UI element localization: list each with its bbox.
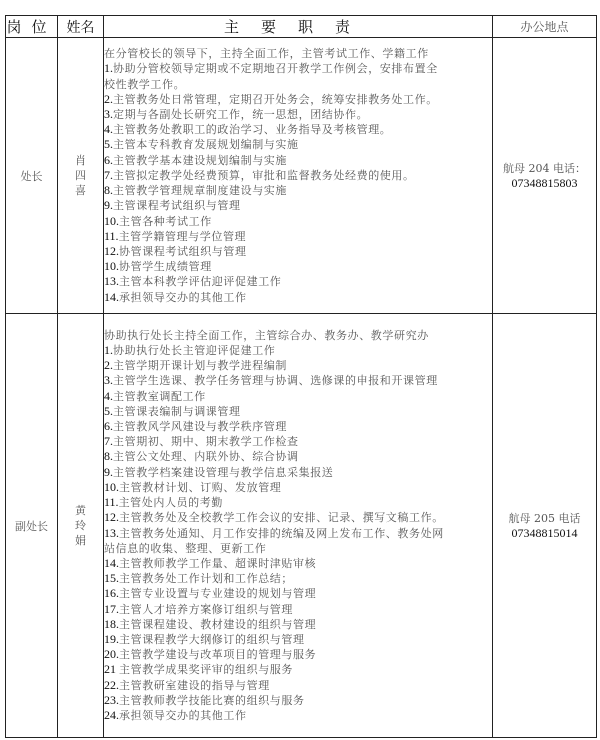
duty-text: 主管学期开课计划与教学进程编制	[113, 359, 287, 372]
duty-number: 22.	[104, 678, 119, 692]
name-cell: 黄 玲 娟	[58, 314, 104, 738]
duty-number: 5.	[104, 137, 113, 151]
duty-number: 13.	[104, 526, 119, 540]
duty-text: 主管教务处工作计划和工作总结；	[119, 572, 293, 585]
duty-number: 6.	[104, 419, 113, 433]
name-char: 肖	[58, 153, 103, 168]
duty-line: 22.主管教研室建设的指导与管理	[104, 678, 492, 693]
header-office: 办公地点	[493, 16, 597, 38]
name-cell: 肖 四 喜	[58, 38, 104, 314]
duty-line: 17.主管人才培养方案修订组织与管理	[104, 602, 492, 617]
duty-number: 2.	[104, 92, 113, 106]
duty-text: 主管期初、期中、期末教学工作检查	[113, 435, 299, 448]
header-row: 岗位 姓名 主要职责 办公地点	[6, 16, 597, 38]
duty-number: 9.	[104, 198, 113, 212]
duty-text: 协管课程考试组织与管理	[119, 245, 247, 258]
duty-number: 7.	[104, 168, 113, 182]
duty-line: 20.主管教学建设与改革项目的管理与服务	[104, 647, 492, 662]
name-char: 娟	[58, 533, 103, 548]
duty-number: 23.	[104, 693, 119, 707]
duty-line: 18.主管课程建设、教材建设的组织与管理	[104, 617, 492, 632]
duty-number: 10.	[104, 480, 119, 494]
duty-line: 19.主管课程教学大纲修订的组织与管理	[104, 632, 492, 647]
duty-text: 主管教学管理规章制度建设与实施	[113, 184, 287, 197]
duty-number: 1.	[104, 61, 113, 75]
duty-number: 2.	[104, 358, 113, 372]
duty-line: 10.主管教材计划、订购、发放管理	[104, 480, 492, 495]
duty-text: 主管学籍管理与学位管理	[119, 230, 247, 243]
name-char: 玲	[58, 518, 103, 533]
header-duties: 主要职责	[104, 16, 493, 38]
header-name: 姓名	[58, 16, 104, 38]
duty-line: 1.协助分管校领导定期或不定期地召开教学工作例会，安排布置全	[104, 61, 492, 76]
duty-text: 主管课程考试组织与管理	[113, 199, 241, 212]
duty-line: 6.主管教学基本建设规划编制与实施	[104, 153, 492, 168]
header-position: 岗位	[6, 16, 58, 38]
duty-text: 主管课程教学大纲修订的组织与管理	[119, 633, 305, 646]
name-char: 黄	[58, 503, 103, 518]
duty-line: 13.主管教务处通知、月工作安排的统编及网上发布工作、教务处网	[104, 526, 492, 541]
duty-number: 20.	[104, 647, 119, 661]
duty-line: 12.协管课程考试组织与管理	[104, 244, 492, 259]
duty-line: 4.主管教室调配工作	[104, 389, 492, 404]
office-phone: 07348815014	[493, 526, 596, 541]
duty-number: 4.	[104, 389, 113, 403]
duty-line: 10.主管各种考试工作	[104, 214, 492, 229]
table-row: 副处长 黄 玲 娟 协助执行处长主持全面工作，主管综合办、教务办、教学研究办1.…	[6, 314, 597, 738]
duty-text: 承担领导交办的其他工作	[119, 709, 247, 722]
duty-number: 5.	[104, 404, 113, 418]
duty-line: 3.主管学生选课、教学任务管理与协调、选修课的申报和开课管理	[104, 373, 492, 388]
duty-text: 主管学生选课、教学任务管理与协调、选修课的申报和开课管理	[113, 374, 438, 387]
duty-line: 21 主管教学成果奖评审的组织与服务	[104, 662, 492, 677]
duty-line: 校性教学工作。	[104, 77, 492, 92]
duty-line: 14.承担领导交办的其他工作	[104, 290, 492, 305]
duty-number: 19.	[104, 632, 119, 646]
duty-text: 主管各种考试工作	[119, 215, 212, 228]
duty-number: 3.	[104, 107, 113, 121]
duty-text: 主管处内人员的考勤	[119, 496, 223, 509]
position-cell: 副处长	[6, 314, 58, 738]
duty-line: 协助执行处长主持全面工作，主管综合办、教务办、教学研究办	[104, 328, 492, 343]
duty-line: 4.主管教务处教职工的政治学习、业务指导及考核管理。	[104, 122, 492, 137]
name-char: 四	[58, 168, 103, 183]
duty-text: 主管课表编制与调课管理	[113, 405, 241, 418]
duty-text: 主管教务处教职工的政治学习、业务指导及考核管理。	[113, 123, 391, 136]
duty-text: 协管学生成绩管理	[119, 260, 212, 273]
table-row: 处长 肖 四 喜 在分管校长的领导下，主持全面工作，主管考试工作、学籍工作1.协…	[6, 38, 597, 314]
duty-number: 9.	[104, 465, 113, 479]
duty-number: 12.	[104, 510, 119, 524]
duty-line: 在分管校长的领导下，主持全面工作，主管考试工作、学籍工作	[104, 46, 492, 61]
duty-number: 4.	[104, 122, 113, 136]
duty-text: 主管本科教学评估迎评促建工作	[119, 275, 281, 288]
duty-line: 1.协助执行处长主管迎评促建工作	[104, 343, 492, 358]
duty-number: 21	[104, 662, 119, 676]
duty-line: 7.主管拟定教学处经费预算，审批和监督教务处经费的使用。	[104, 168, 492, 183]
office-cell: 航母 204 电话： 07348815803	[493, 38, 597, 314]
duty-text: 主管教学建设与改革项目的管理与服务	[119, 648, 316, 661]
duty-line: 6.主管教风学风建设与教学秩序管理	[104, 419, 492, 434]
duty-text: 主管教风学风建设与教学秩序管理	[113, 420, 287, 433]
duty-number: 24.	[104, 708, 119, 722]
duty-number: 8.	[104, 449, 113, 463]
duty-line: 24.承担领导交办的其他工作	[104, 708, 492, 723]
duty-number: 18.	[104, 617, 119, 631]
duty-line: 9.主管教学档案建设管理与教学信息采集报送	[104, 465, 492, 480]
duty-line: 11.主管学籍管理与学位管理	[104, 229, 492, 244]
duty-text: 主管教学成果奖评审的组织与服务	[119, 663, 293, 676]
duty-number: 10.	[104, 214, 119, 228]
duty-text: 主管拟定教学处经费预算，审批和监督教务处经费的使用。	[113, 169, 415, 182]
duty-number: 7.	[104, 434, 113, 448]
duty-text: 主管本专科教育发展规划编制与实施	[113, 138, 299, 151]
duty-number: 10.	[104, 259, 119, 273]
duty-text: 主管教务处通知、月工作安排的统编及网上发布工作、教务处网	[119, 527, 444, 540]
duty-number: 11.	[104, 229, 119, 243]
duty-number: 14.	[104, 290, 119, 304]
duty-number: 1.	[104, 343, 113, 357]
duty-text: 站信息的收集、整理、更新工作	[104, 542, 266, 555]
duty-line: 8.主管教学管理规章制度建设与实施	[104, 183, 492, 198]
office-location: 航母 205 电话	[509, 512, 581, 525]
duty-line: 3.定期与各副处长研究工作，统一思想，团结协作。	[104, 107, 492, 122]
duty-line: 10.协管学生成绩管理	[104, 259, 492, 274]
duty-line: 23.主管教师教学技能比赛的组织与服务	[104, 693, 492, 708]
duty-line: 5.主管课表编制与调课管理	[104, 404, 492, 419]
duty-number: 6.	[104, 153, 113, 167]
duty-line: 2.主管学期开课计划与教学进程编制	[104, 358, 492, 373]
duty-number: 12.	[104, 244, 119, 258]
position-cell: 处长	[6, 38, 58, 314]
duty-number: 13.	[104, 274, 119, 288]
duty-text: 主管教务处及全校教学工作会议的安排、记录、撰写文稿工作。	[119, 511, 444, 524]
duty-line: 5.主管本专科教育发展规划编制与实施	[104, 137, 492, 152]
duty-text: 主管公文处理、内联外协、综合协调	[113, 450, 299, 463]
duty-text: 主管专业设置与专业建设的规划与管理	[119, 587, 316, 600]
office-location: 航母 204 电话：	[503, 162, 586, 175]
duty-line: 12.主管教务处及全校教学工作会议的安排、记录、撰写文稿工作。	[104, 510, 492, 525]
duty-line: 14.主管教师教学工作量、超课时津贴审核	[104, 556, 492, 571]
duty-text: 在分管校长的领导下，主持全面工作，主管考试工作、学籍工作	[104, 47, 429, 60]
duty-number: 14.	[104, 556, 119, 570]
duty-text: 主管教师教学工作量、超课时津贴审核	[119, 557, 316, 570]
duty-text: 主管课程建设、教材建设的组织与管理	[119, 618, 316, 631]
duty-number: 16.	[104, 586, 119, 600]
duty-text: 主管教学档案建设管理与教学信息采集报送	[113, 466, 333, 479]
office-phone: 07348815803	[493, 176, 596, 191]
duty-text: 定期与各副处长研究工作，统一思想，团结协作。	[113, 108, 368, 121]
duty-line: 7.主管期初、期中、期末教学工作检查	[104, 434, 492, 449]
duty-number: 17.	[104, 602, 119, 616]
duty-number: 8.	[104, 183, 113, 197]
duties-cell: 在分管校长的领导下，主持全面工作，主管考试工作、学籍工作1.协助分管校领导定期或…	[104, 38, 493, 314]
office-cell: 航母 205 电话 07348815014	[493, 314, 597, 738]
duty-line: 9.主管课程考试组织与管理	[104, 198, 492, 213]
duty-text: 协助执行处长主持全面工作，主管综合办、教务办、教学研究办	[104, 329, 429, 342]
duty-text: 承担领导交办的其他工作	[119, 291, 247, 304]
duty-line: 13.主管本科教学评估迎评促建工作	[104, 274, 492, 289]
duty-text: 协助分管校领导定期或不定期地召开教学工作例会，安排布置全	[113, 62, 438, 75]
duties-cell: 协助执行处长主持全面工作，主管综合办、教务办、教学研究办1.协助执行处长主管迎评…	[104, 314, 493, 738]
duty-line: 站信息的收集、整理、更新工作	[104, 541, 492, 556]
duty-text: 协助执行处长主管迎评促建工作	[113, 344, 275, 357]
duty-text: 主管教师教学技能比赛的组织与服务	[119, 694, 305, 707]
duty-text: 主管教研室建设的指导与管理	[119, 679, 270, 692]
duty-line: 11.主管处内人员的考勤	[104, 495, 492, 510]
duty-table: 岗位 姓名 主要职责 办公地点 处长 肖 四 喜 在分管校长的领导下，主持全面工…	[5, 15, 597, 738]
duty-line: 15.主管教务处工作计划和工作总结；	[104, 571, 492, 586]
duty-text: 主管人才培养方案修订组织与管理	[119, 603, 293, 616]
duty-text: 主管教学基本建设规划编制与实施	[113, 154, 287, 167]
duty-text: 主管教室调配工作	[113, 390, 206, 403]
duty-line: 8.主管公文处理、内联外协、综合协调	[104, 449, 492, 464]
duty-text: 校性教学工作。	[104, 78, 185, 91]
duty-text: 主管教务处日常管理，定期召开处务会，统筹安排教务处工作。	[113, 93, 438, 106]
duty-line: 2.主管教务处日常管理，定期召开处务会，统筹安排教务处工作。	[104, 92, 492, 107]
duty-line: 16.主管专业设置与专业建设的规划与管理	[104, 586, 492, 601]
duty-number: 15.	[104, 571, 119, 585]
duty-number: 3.	[104, 373, 113, 387]
duty-number: 11.	[104, 495, 119, 509]
name-char: 喜	[58, 183, 103, 198]
duty-text: 主管教材计划、订购、发放管理	[119, 481, 281, 494]
